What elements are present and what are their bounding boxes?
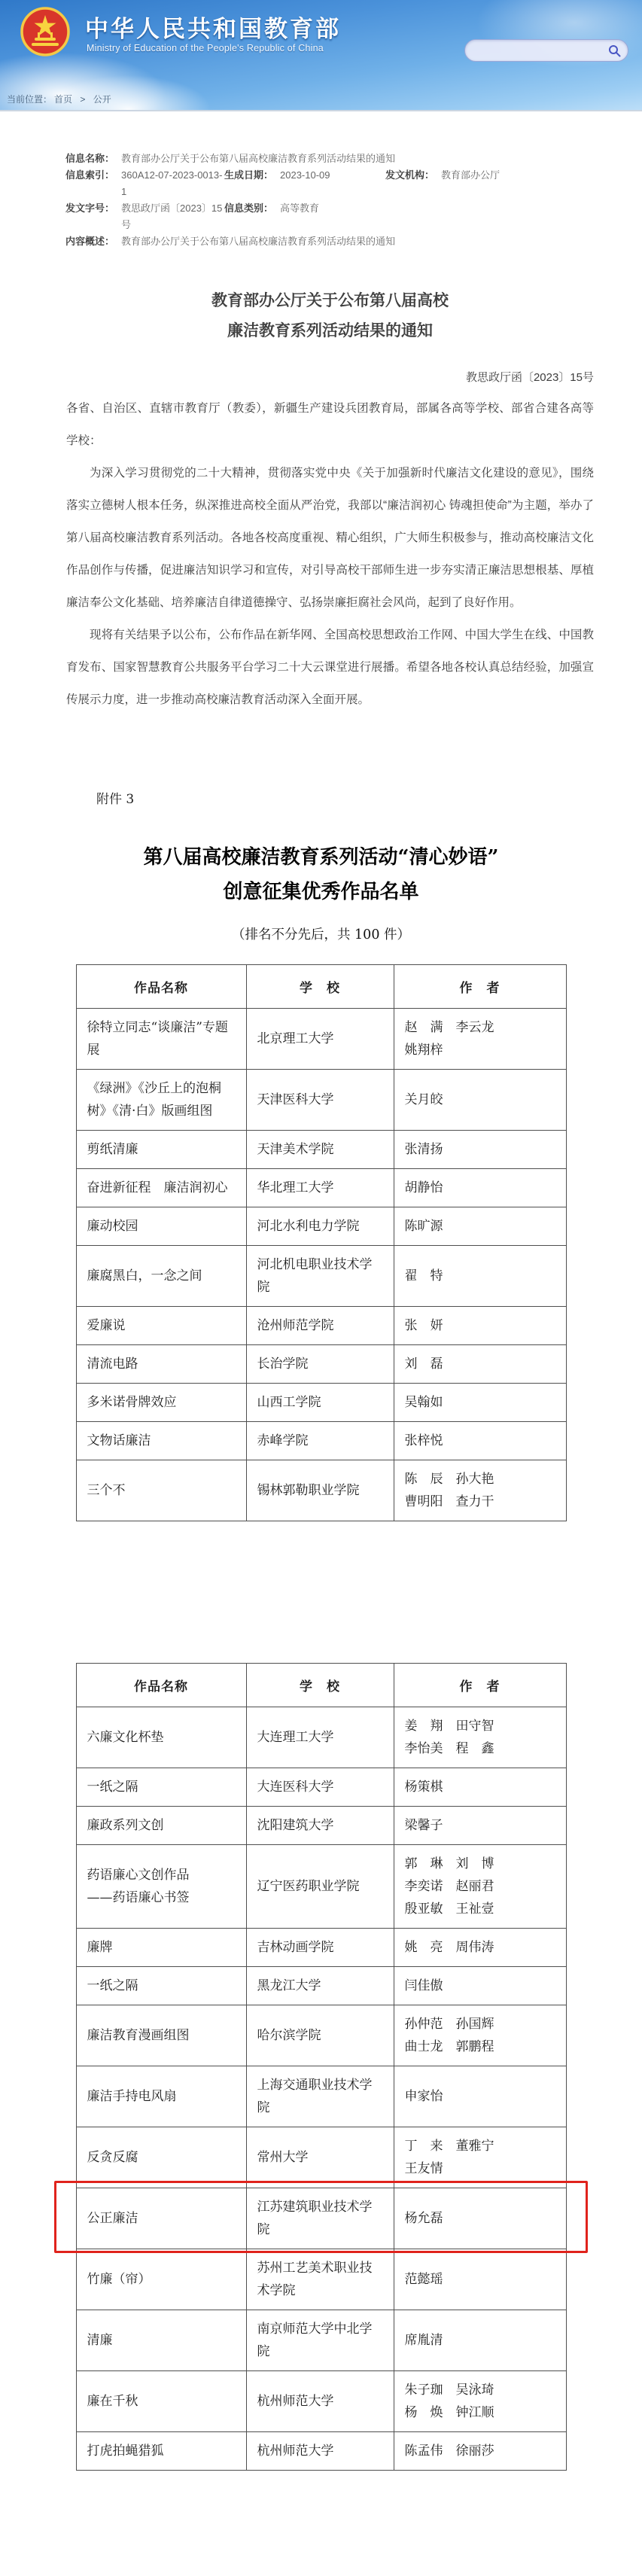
meta-label: 信息类别： [224, 200, 273, 217]
school-cell: 沧州师范学院 [246, 1307, 394, 1345]
table-row: 公正廉洁江苏建筑职业技术学院杨允磊 [76, 2188, 566, 2249]
author-cell: 陈 辰 孙大艳 曹明阳 查力干 [394, 1460, 566, 1521]
author-cell: 姚 亮 周伟涛 [394, 1929, 566, 1967]
attachment-section: 附件 3 第八届高校廉洁教育系列活动“清心妙语” 创意征集优秀作品名单 （排名不… [0, 788, 642, 2471]
author-cell: 范懿瑶 [394, 2249, 566, 2310]
page: 中华人民共和国教育部 Ministry of Education of the … [0, 0, 642, 2576]
school-cell: 大连理工大学 [246, 1707, 394, 1768]
work-cell: 三个不 [76, 1460, 246, 1521]
work-cell: 廉政系列文创 [76, 1807, 246, 1845]
meta-label: 发文机构： [385, 167, 434, 184]
author-cell: 胡静怡 [394, 1169, 566, 1207]
breadcrumb-prefix: 当前位置： [7, 94, 52, 105]
document-title-line1: 教育部办公厅关于公布第八届高校 [66, 286, 594, 316]
table-row: 一纸之隔黑龙江大学闫佳傲 [76, 1967, 566, 2005]
author-cell: 申家怡 [394, 2066, 566, 2127]
attachment-title-line1: 第八届高校廉洁教育系列活动“清心妙语” [0, 840, 642, 875]
school-cell: 上海交通职业技术学院 [246, 2066, 394, 2127]
awards-table-1: 作品名称 学 校 作 者 徐特立同志“谈廉洁”专题展北京理工大学赵 满 李云龙 … [76, 964, 567, 1521]
author-cell: 翟 特 [394, 1246, 566, 1307]
table-row: 竹廉（帘）苏州工艺美术职业技术学院范懿瑶 [76, 2249, 566, 2310]
meta-value: 2023-10-09 [280, 167, 330, 184]
school-cell: 常州大学 [246, 2127, 394, 2188]
work-cell: 廉在千秋 [76, 2371, 246, 2432]
work-cell: 廉洁手持电风扇 [76, 2066, 246, 2127]
search-input[interactable] [476, 44, 607, 57]
meta-label: 信息名称： [65, 151, 114, 167]
author-cell: 吴翰如 [394, 1384, 566, 1422]
table-row: 廉政系列文创沈阳建筑大学梁馨子 [76, 1807, 566, 1845]
meta-label: 信息索引： [65, 167, 114, 184]
meta-label: 发文字号： [65, 200, 114, 217]
work-cell: 文物话廉洁 [76, 1422, 246, 1460]
table-row: 廉牌吉林动画学院姚 亮 周伟涛 [76, 1929, 566, 1967]
school-cell: 南京师范大学中北学院 [246, 2310, 394, 2371]
school-cell: 长治学院 [246, 1345, 394, 1384]
meta-row-summary: 内容概述： 教育部办公厅关于公布第八届高校廉洁教育系列活动结果的通知 [65, 233, 597, 250]
table-row: 三个不锡林郭勒职业学院陈 辰 孙大艳 曹明阳 查力干 [76, 1460, 566, 1521]
column-header-work: 作品名称 [76, 1664, 246, 1707]
work-cell: 廉腐黑白，一念之间 [76, 1246, 246, 1307]
bottom-whitespace [0, 2471, 642, 2576]
work-cell: 剪纸清廉 [76, 1131, 246, 1169]
attachment-title-line2: 创意征集优秀作品名单 [0, 875, 642, 909]
breadcrumb-section-link[interactable]: 公开 [93, 94, 111, 105]
author-cell: 孙仲范 孙国辉 曲士龙 郭鹏程 [394, 2005, 566, 2066]
meta-label: 生成日期： [224, 167, 273, 184]
search-box[interactable] [464, 39, 628, 62]
work-cell: 廉牌 [76, 1929, 246, 1967]
author-cell: 丁 来 董雅宁 王友情 [394, 2127, 566, 2188]
author-cell: 梁馨子 [394, 1807, 566, 1845]
work-cell: 廉洁教育漫画组图 [76, 2005, 246, 2066]
document-title: 教育部办公厅关于公布第八届高校 廉洁教育系列活动结果的通知 [66, 286, 594, 346]
table-row: 反贪反腐常州大学丁 来 董雅宁 王友情 [76, 2127, 566, 2188]
school-cell: 杭州师范大学 [246, 2432, 394, 2471]
school-cell: 苏州工艺美术职业技术学院 [246, 2249, 394, 2310]
author-cell: 席胤清 [394, 2310, 566, 2371]
work-cell: 竹廉（帘） [76, 2249, 246, 2310]
meta-row-name: 信息名称： 教育部办公厅关于公布第八届高校廉洁教育系列活动结果的通知 [65, 151, 597, 167]
meta-value: 高等教育 [280, 200, 319, 217]
work-cell: 反贪反腐 [76, 2127, 246, 2188]
meta-value: 教育部办公厅 [441, 167, 500, 184]
work-cell: 一纸之隔 [76, 1967, 246, 2005]
school-cell: 哈尔滨学院 [246, 2005, 394, 2066]
author-cell: 朱子珈 吴泳琦 杨 焕 钟江顺 [394, 2371, 566, 2432]
column-header-school: 学 校 [246, 1664, 394, 1707]
school-cell: 黑龙江大学 [246, 1967, 394, 2005]
school-cell: 沈阳建筑大学 [246, 1807, 394, 1845]
author-cell: 陈旷源 [394, 1207, 566, 1246]
paragraph-2: 现将有关结果予以公布，公布作品在新华网、全国高校思想政治工作网、中国大学生在线、… [66, 619, 594, 716]
table-row: 廉在千秋杭州师范大学朱子珈 吴泳琦 杨 焕 钟江顺 [76, 2371, 566, 2432]
site-title: 中华人民共和国教育部 [85, 10, 341, 44]
school-cell: 吉林动画学院 [246, 1929, 394, 1967]
meta-value: 教思政厅函〔2023〕15号 [121, 200, 224, 233]
table-row: 廉腐黑白，一念之间河北机电职业技术学院翟 特 [76, 1246, 566, 1307]
search-icon [608, 44, 621, 57]
breadcrumb: 当前位置：首页 > 公开 [7, 93, 114, 105]
work-cell: 公正廉洁 [76, 2188, 246, 2249]
meta-row-docnum-category: 发文字号： 教思政厅函〔2023〕15号 信息类别： 高等教育 [65, 200, 597, 233]
work-cell: 清廉 [76, 2310, 246, 2371]
table-row: 奋进新征程 廉洁润初心华北理工大学胡静怡 [76, 1169, 566, 1207]
work-cell: 徐特立同志“谈廉洁”专题展 [76, 1009, 246, 1070]
author-cell: 张清扬 [394, 1131, 566, 1169]
breadcrumb-home-link[interactable]: 首页 [54, 94, 72, 105]
table-row: 廉洁手持电风扇上海交通职业技术学院申家怡 [76, 2066, 566, 2127]
school-cell: 江苏建筑职业技术学院 [246, 2188, 394, 2249]
paragraph-1: 为深入学习贯彻党的二十大精神，贯彻落实党中央《关于加强新时代廉洁文化建设的意见》… [66, 457, 594, 619]
table-row: 一纸之隔大连医科大学杨策棋 [76, 1768, 566, 1807]
column-header-school: 学 校 [246, 965, 394, 1009]
school-cell: 华北理工大学 [246, 1169, 394, 1207]
meta-value: 教育部办公厅关于公布第八届高校廉洁教育系列活动结果的通知 [121, 151, 395, 167]
school-cell: 锡林郭勒职业学院 [246, 1460, 394, 1521]
school-cell: 河北水利电力学院 [246, 1207, 394, 1246]
site-header-banner: 中华人民共和国教育部 Ministry of Education of the … [0, 0, 642, 111]
author-cell: 赵 满 李云龙 姚翔梓 [394, 1009, 566, 1070]
work-cell: 《绿洲》《沙丘上的泡桐树》《清·白》版画组图 [76, 1070, 246, 1131]
table-row: 徐特立同志“谈廉洁”专题展北京理工大学赵 满 李云龙 姚翔梓 [76, 1009, 566, 1070]
work-cell: 多米诺骨牌效应 [76, 1384, 246, 1422]
author-cell: 杨允磊 [394, 2188, 566, 2249]
column-header-author: 作 者 [394, 1664, 566, 1707]
document-title-line2: 廉洁教育系列活动结果的通知 [66, 316, 594, 346]
table-row: 《绿洲》《沙丘上的泡桐树》《清·白》版画组图天津医科大学关月皎 [76, 1070, 566, 1131]
work-cell: 六廉文化杯垫 [76, 1707, 246, 1768]
author-cell: 张梓悦 [394, 1422, 566, 1460]
meta-row-index-date-agency: 信息索引： 360A12-07-2023-0013-1 生成日期： 2023-1… [65, 167, 597, 200]
author-cell: 刘 磊 [394, 1345, 566, 1384]
meta-label: 内容概述： [65, 233, 114, 250]
attachment-label: 附件 3 [96, 788, 642, 807]
table-row: 清流电路长治学院刘 磊 [76, 1345, 566, 1384]
table-row: 打虎拍蝇猎狐杭州师范大学陈孟伟 徐丽莎 [76, 2432, 566, 2471]
work-cell: 奋进新征程 廉洁润初心 [76, 1169, 246, 1207]
author-cell: 陈孟伟 徐丽莎 [394, 2432, 566, 2471]
salutation: 各省、自治区、直辖市教育厅（教委），新疆生产建设兵团教育局，部属各高等学校、部省… [66, 392, 594, 457]
author-cell: 闫佳傲 [394, 1967, 566, 2005]
table-row: 多米诺骨牌效应山西工学院吴翰如 [76, 1384, 566, 1422]
table-row: 清廉南京师范大学中北学院席胤清 [76, 2310, 566, 2371]
awards-table-2: 作品名称 学 校 作 者 六廉文化杯垫大连理工大学姜 翔 田守智 李怡美 程 鑫… [76, 1663, 567, 2471]
table-row: 剪纸清廉天津美术学院张清扬 [76, 1131, 566, 1169]
work-cell: 廉动校园 [76, 1207, 246, 1246]
school-cell: 天津医科大学 [246, 1070, 394, 1131]
table-row: 药语廉心文创作品 ——药语廉心书签辽宁医药职业学院郭 琳 刘 博 李奕诺 赵丽君… [76, 1845, 566, 1929]
document-metadata: 信息名称： 教育部办公厅关于公布第八届高校廉洁教育系列活动结果的通知 信息索引：… [0, 151, 642, 250]
national-emblem-icon [20, 6, 71, 57]
search-button[interactable] [607, 43, 622, 58]
school-cell: 辽宁医药职业学院 [246, 1845, 394, 1929]
author-cell: 张 妍 [394, 1307, 566, 1345]
breadcrumb-separator: > [80, 94, 85, 105]
table-header-row: 作品名称 学 校 作 者 [76, 1664, 566, 1707]
table-row: 六廉文化杯垫大连理工大学姜 翔 田守智 李怡美 程 鑫 [76, 1707, 566, 1768]
author-cell: 杨策棋 [394, 1768, 566, 1807]
site-subtitle: Ministry of Education of the People's Re… [87, 43, 324, 53]
meta-value: 教育部办公厅关于公布第八届高校廉洁教育系列活动结果的通知 [121, 233, 395, 250]
school-cell: 北京理工大学 [246, 1009, 394, 1070]
school-cell: 山西工学院 [246, 1384, 394, 1422]
work-cell: 一纸之隔 [76, 1768, 246, 1807]
work-cell: 清流电路 [76, 1345, 246, 1384]
document-body: 各省、自治区、直辖市教育厅（教委），新疆生产建设兵团教育局，部属各高等学校、部省… [66, 392, 594, 716]
column-header-work: 作品名称 [76, 965, 246, 1009]
table-row: 爱廉说沧州师范学院张 妍 [76, 1307, 566, 1345]
school-cell: 天津美术学院 [246, 1131, 394, 1169]
work-cell: 爱廉说 [76, 1307, 246, 1345]
school-cell: 赤峰学院 [246, 1422, 394, 1460]
column-header-author: 作 者 [394, 965, 566, 1009]
table-header-row: 作品名称 学 校 作 者 [76, 965, 566, 1009]
school-cell: 杭州师范大学 [246, 2371, 394, 2432]
notice-document: 教育部办公厅关于公布第八届高校 廉洁教育系列活动结果的通知 教思政厅函〔2023… [0, 286, 642, 716]
table-row: 廉洁教育漫画组图哈尔滨学院孙仲范 孙国辉 曲士龙 郭鹏程 [76, 2005, 566, 2066]
work-cell: 打虎拍蝇猎狐 [76, 2432, 246, 2471]
attachment-subtitle: （排名不分先后，共 100 件） [0, 924, 642, 943]
awards-table-2-wrapper: 作品名称 学 校 作 者 六廉文化杯垫大连理工大学姜 翔 田守智 李怡美 程 鑫… [0, 1663, 642, 2471]
author-cell: 姜 翔 田守智 李怡美 程 鑫 [394, 1707, 566, 1768]
school-cell: 河北机电职业技术学院 [246, 1246, 394, 1307]
document-number: 教思政厅函〔2023〕15号 [66, 369, 594, 385]
table-row: 文物话廉洁赤峰学院张梓悦 [76, 1422, 566, 1460]
school-cell: 大连医科大学 [246, 1768, 394, 1807]
work-cell: 药语廉心文创作品 ——药语廉心书签 [76, 1845, 246, 1929]
author-cell: 关月皎 [394, 1070, 566, 1131]
table-row: 廉动校园河北水利电力学院陈旷源 [76, 1207, 566, 1246]
attachment-title: 第八届高校廉洁教育系列活动“清心妙语” 创意征集优秀作品名单 [0, 840, 642, 909]
author-cell: 郭 琳 刘 博 李奕诺 赵丽君 殷亚敏 王祉壹 [394, 1845, 566, 1929]
meta-value: 360A12-07-2023-0013-1 [121, 167, 224, 200]
